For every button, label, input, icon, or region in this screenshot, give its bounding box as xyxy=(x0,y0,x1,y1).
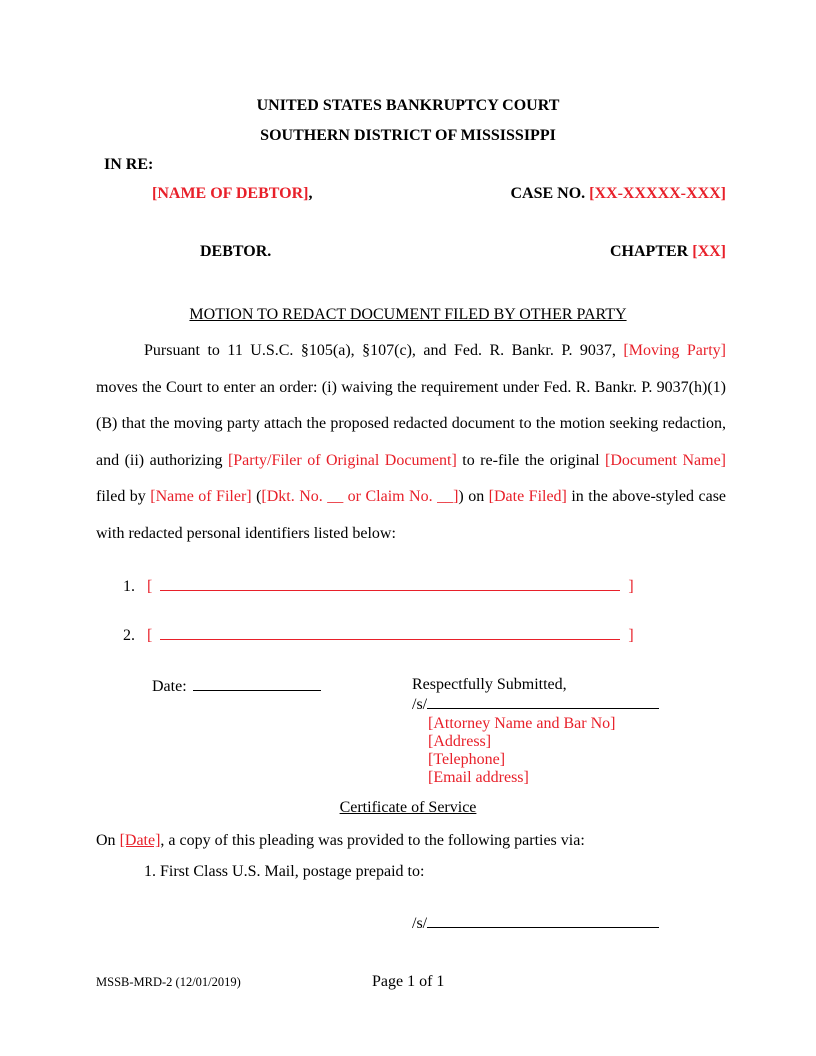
form-id: MSSB-MRD-2 (12/01/2019) xyxy=(96,975,241,990)
identifier-number: 2. xyxy=(123,627,135,644)
attorney-placeholder: [Attorney Name and Bar No] xyxy=(412,715,659,733)
address-placeholder: [Address] xyxy=(412,733,659,751)
certificate-rest: , a copy of this pleading was provided t… xyxy=(160,832,584,849)
certificate-signature-line: /s/ xyxy=(412,913,659,933)
dkt-claim-placeholder: [Dkt. No. __ or Claim No. __] xyxy=(261,488,458,505)
body-text-5: ( xyxy=(252,488,262,505)
chapter-label: CHAPTER xyxy=(610,243,692,260)
moving-party-placeholder: [Moving Party] xyxy=(623,342,726,359)
certificate-item-1: 1. First Class U.S. Mail, postage prepai… xyxy=(144,863,424,881)
date-field[interactable] xyxy=(193,676,321,691)
signature-line: /s/ xyxy=(412,694,659,714)
body-text-4: filed by xyxy=(96,488,150,505)
motion-title-wrap: MOTION TO REDACT DOCUMENT FILED BY OTHER… xyxy=(0,306,816,324)
debtor-label: DEBTOR. xyxy=(200,243,271,261)
identifier-field[interactable] xyxy=(160,625,620,640)
signature-block: Respectfully Submitted, /s/ [Attorney Na… xyxy=(412,676,659,788)
respectfully-submitted: Respectfully Submitted, xyxy=(412,676,659,694)
identifier-open-bracket: [ xyxy=(147,627,152,644)
case-no-placeholder: [XX-XXXXX-XXX] xyxy=(589,185,726,202)
debtor-comma: , xyxy=(308,185,312,202)
chapter-placeholder: [XX] xyxy=(692,243,726,260)
identifier-field[interactable] xyxy=(160,576,620,591)
debtor-name-placeholder: [NAME OF DEBTOR] xyxy=(152,185,308,202)
telephone-placeholder: [Telephone] xyxy=(412,751,659,769)
date-line: Date: xyxy=(152,676,321,696)
name-of-filer-placeholder: [Name of Filer] xyxy=(150,488,251,505)
email-placeholder: [Email address] xyxy=(412,769,659,787)
district-name: SOUTHERN DISTRICT OF MISSISSIPPI xyxy=(0,127,816,145)
court-name: UNITED STATES BANKRUPTCY COURT xyxy=(0,97,816,115)
body-text-6: ) on xyxy=(458,488,488,505)
date-label: Date: xyxy=(152,678,187,695)
case-no-label: CASE NO. xyxy=(510,185,589,202)
identifier-item-1: 1. [ ] xyxy=(123,576,634,596)
case-number: CASE NO. [XX-XXXXX-XXX] xyxy=(510,185,726,203)
motion-body: Pursuant to 11 U.S.C. §105(a), §107(c), … xyxy=(96,333,726,552)
in-re-label: IN RE: xyxy=(104,156,153,174)
identifier-close-bracket: ] xyxy=(628,627,633,644)
identifier-item-2: 2. [ ] xyxy=(123,625,634,645)
identifier-close-bracket: ] xyxy=(628,578,633,595)
certificate-date-placeholder: [Date] xyxy=(120,832,161,849)
body-text-3: to re-file the original xyxy=(457,452,605,469)
date-filed-placeholder: [Date Filed] xyxy=(489,488,567,505)
document-name-placeholder: [Document Name] xyxy=(605,452,726,469)
identifier-number: 1. xyxy=(123,578,135,595)
chapter: CHAPTER [XX] xyxy=(610,243,726,261)
body-text-1: Pursuant to 11 U.S.C. §105(a), §107(c), … xyxy=(144,342,623,359)
page-number: Page 1 of 1 xyxy=(372,973,444,991)
party-filer-placeholder: [Party/Filer of Original Document] xyxy=(228,452,457,469)
s-mark: /s/ xyxy=(412,915,427,932)
certificate-signature-field[interactable] xyxy=(427,913,659,928)
s-mark: /s/ xyxy=(412,696,427,713)
certificate-title: Certificate of Service xyxy=(340,799,477,816)
certificate-statement: On [Date], a copy of this pleading was p… xyxy=(96,832,585,850)
identifier-open-bracket: [ xyxy=(147,578,152,595)
motion-title: MOTION TO REDACT DOCUMENT FILED BY OTHER… xyxy=(189,306,626,323)
debtor-name-line: [NAME OF DEBTOR], xyxy=(152,185,312,203)
certificate-title-wrap: Certificate of Service xyxy=(0,799,816,817)
signature-field[interactable] xyxy=(427,694,659,709)
certificate-on: On xyxy=(96,832,120,849)
